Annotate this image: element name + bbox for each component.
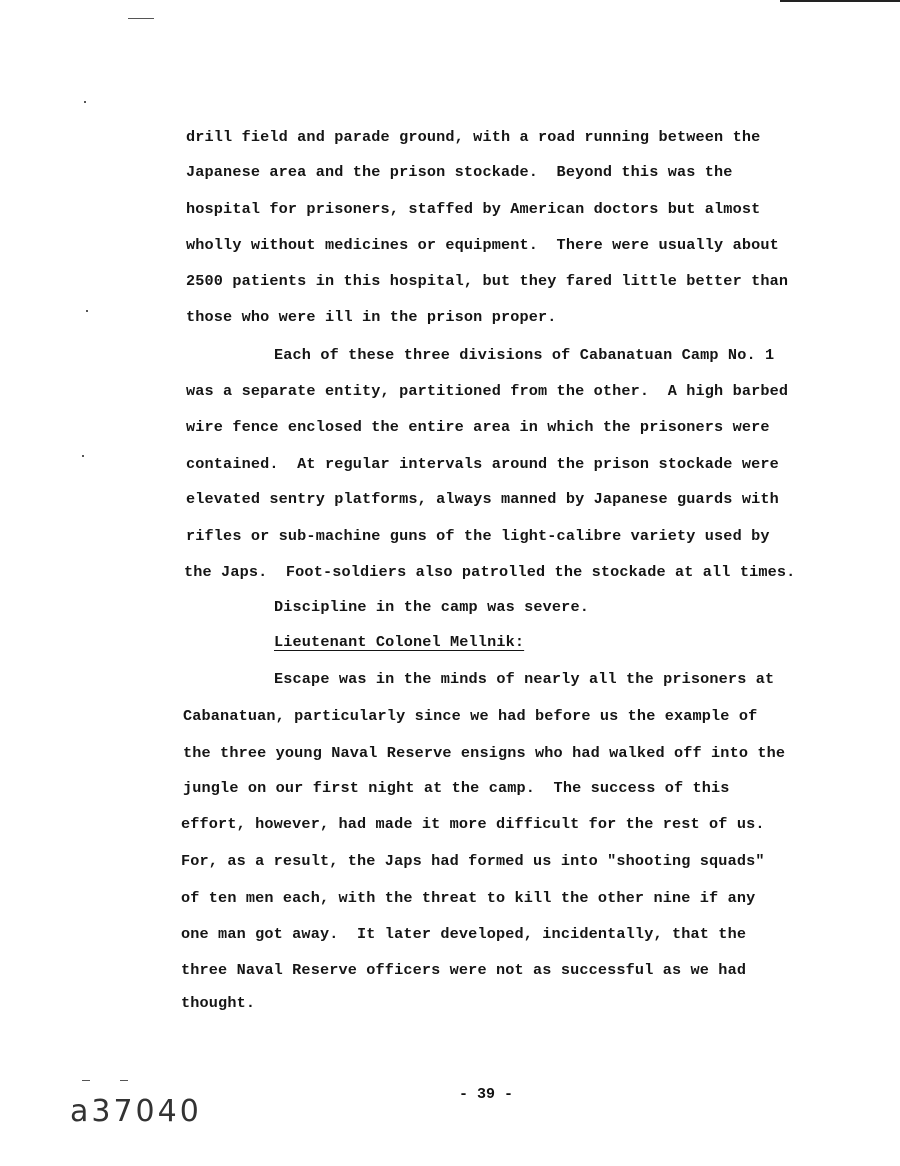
text-line: three Naval Reserve officers were not as…	[181, 961, 746, 979]
text-line: wire fence enclosed the entire area in w…	[186, 418, 770, 436]
document-page: drill field and parade ground, with a ro…	[0, 0, 900, 1166]
text-line: of ten men each, with the threat to kill…	[181, 889, 755, 907]
text-line: Each of these three divisions of Cabanat…	[274, 346, 774, 364]
speaker-heading: Lieutenant Colonel Mellnik:	[274, 633, 524, 651]
text-line: jungle on our first night at the camp. T…	[183, 779, 730, 797]
text-line: Discipline in the camp was severe.	[274, 598, 589, 616]
text-line: contained. At regular intervals around t…	[186, 455, 779, 473]
text-line: Escape was in the minds of nearly all th…	[274, 670, 774, 688]
text-line: one man got away. It later developed, in…	[181, 925, 746, 943]
text-line: Cabanatuan, particularly since we had be…	[183, 707, 757, 725]
text-line: For, as a result, the Japs had formed us…	[181, 852, 765, 870]
scan-edge-mark	[780, 0, 900, 2]
text-line: those who were ill in the prison proper.	[186, 308, 557, 326]
text-line: the three young Naval Reserve ensigns wh…	[183, 744, 785, 762]
text-line: the Japs. Foot-soldiers also patrolled t…	[184, 563, 795, 581]
text-line: rifles or sub-machine guns of the light-…	[186, 527, 770, 545]
scan-speck	[82, 1080, 90, 1081]
text-line: thought.	[181, 994, 255, 1012]
text-line: drill field and parade ground, with a ro…	[186, 128, 760, 146]
text-line: hospital for prisoners, staffed by Ameri…	[186, 200, 760, 218]
text-line: elevated sentry platforms, always manned…	[186, 490, 779, 508]
handwritten-annotation: a37040	[70, 1094, 202, 1129]
text-line: effort, however, had made it more diffic…	[181, 815, 765, 833]
text-line: 2500 patients in this hospital, but they…	[186, 272, 788, 290]
scan-speck	[86, 310, 88, 312]
scan-speck	[82, 455, 84, 457]
scan-speck	[84, 101, 86, 103]
text-line: wholly without medicines or equipment. T…	[186, 236, 779, 254]
scan-speck	[120, 1080, 128, 1081]
scan-speck	[128, 18, 154, 19]
text-line: was a separate entity, partitioned from …	[186, 382, 788, 400]
page-number: - 39 -	[459, 1086, 513, 1103]
text-line: Japanese area and the prison stockade. B…	[186, 163, 733, 181]
